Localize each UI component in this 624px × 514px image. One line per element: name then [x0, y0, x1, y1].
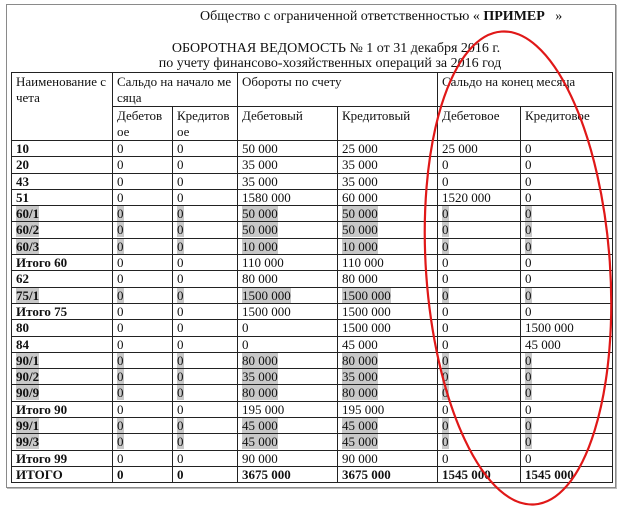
closing-credit-cell: 0	[521, 369, 613, 385]
opening-debit-cell: 0	[113, 206, 173, 222]
turnover-debit-cell: 80 000	[238, 352, 338, 368]
closing-debit-value: 0	[442, 402, 449, 417]
table-row: 8400045 000045 000	[12, 336, 613, 352]
opening-credit-cell: 0	[173, 238, 238, 254]
turnover-debit-value: 1500 000	[242, 288, 291, 303]
turnover-debit-cell: 1580 000	[238, 189, 338, 205]
opening-credit-value: 0	[177, 418, 184, 433]
turnover-credit-value: 50 000	[342, 206, 378, 221]
opening-debit-value: 0	[117, 206, 124, 221]
account-cell: Итого 99	[12, 450, 113, 466]
closing-debit-cell: 0	[438, 303, 521, 319]
turnover-debit-value: 50 000	[242, 206, 278, 221]
turnover-credit-value: 1500 000	[342, 320, 391, 335]
closing-credit-cell: 0	[521, 141, 613, 157]
closing-credit-value: 0	[525, 418, 532, 433]
closing-debit-cell: 0	[438, 238, 521, 254]
closing-credit-value: 0	[525, 141, 532, 156]
opening-credit-value: 0	[177, 255, 184, 270]
closing-credit-cell: 1545 000	[521, 466, 613, 482]
account-cell: 99/1	[12, 418, 113, 434]
account-value: 99/1	[16, 418, 39, 433]
opening-debit-cell: 0	[113, 418, 173, 434]
account-cell: Итого 90	[12, 401, 113, 417]
account-cell: 51	[12, 189, 113, 205]
table-row: Итого 6000110 000110 00000	[12, 255, 613, 271]
turnover-credit-cell: 1500 000	[338, 303, 438, 319]
table-row: 51001580 00060 0001520 0000	[12, 189, 613, 205]
account-value: 60/1	[16, 206, 39, 221]
opening-debit-value: 0	[117, 402, 124, 417]
turnover-credit-value: 35 000	[342, 369, 378, 384]
closing-debit-cell: 0	[438, 157, 521, 173]
closing-debit-value: 0	[442, 222, 449, 237]
closing-debit-value: 0	[442, 451, 449, 466]
turnover-debit-value: 35 000	[242, 157, 278, 172]
turnover-credit-value: 35 000	[342, 174, 378, 189]
turnover-credit-value: 1500 000	[342, 288, 391, 303]
turnover-debit-cell: 195 000	[238, 401, 338, 417]
turnover-debit-value: 1580 000	[242, 190, 291, 205]
opening-credit-value: 0	[177, 141, 184, 156]
turnover-debit-value: 50 000	[242, 141, 278, 156]
closing-credit-cell: 0	[521, 222, 613, 238]
turnover-debit-cell: 3675 000	[238, 466, 338, 482]
opening-credit-cell: 0	[173, 206, 238, 222]
turnover-debit-cell: 80 000	[238, 385, 338, 401]
account-cell: 80	[12, 320, 113, 336]
opening-credit-cell: 0	[173, 352, 238, 368]
table-row: 75/1001500 0001500 00000	[12, 287, 613, 303]
account-value: 75/1	[16, 288, 39, 303]
opening-debit-cell: 0	[113, 157, 173, 173]
turnover-credit-value: 25 000	[342, 141, 378, 156]
table-row: 430035 00035 00000	[12, 173, 613, 189]
table-row: 90/10080 00080 00000	[12, 352, 613, 368]
opening-debit-value: 0	[117, 451, 124, 466]
opening-credit-cell: 0	[173, 255, 238, 271]
opening-debit-cell: 0	[113, 173, 173, 189]
closing-debit-value: 0	[442, 418, 449, 433]
closing-debit-cell: 1520 000	[438, 189, 521, 205]
closing-debit-value: 0	[442, 271, 449, 286]
closing-debit-value: 0	[442, 206, 449, 221]
account-value: 90/2	[16, 369, 39, 384]
table-row: Итого 75001500 0001500 00000	[12, 303, 613, 319]
opening-debit-cell: 0	[113, 141, 173, 157]
account-cell: Итого 60	[12, 255, 113, 271]
account-cell: 20	[12, 157, 113, 173]
closing-credit-cell: 0	[521, 189, 613, 205]
closing-credit-value: 0	[525, 434, 532, 449]
opening-debit-cell: 0	[113, 385, 173, 401]
opening-debit-cell: 0	[113, 189, 173, 205]
closing-credit-cell: 0	[521, 287, 613, 303]
opening-credit-cell: 0	[173, 385, 238, 401]
turnover-credit-value: 90 000	[342, 451, 378, 466]
turnover-credit-cell: 10 000	[338, 238, 438, 254]
turnover-debit-value: 80 000	[242, 385, 278, 400]
opening-debit-cell: 0	[113, 336, 173, 352]
opening-debit-value: 0	[117, 385, 124, 400]
account-value: 90/9	[16, 385, 39, 400]
turnover-debit-cell: 10 000	[238, 238, 338, 254]
closing-credit-cell: 0	[521, 385, 613, 401]
turnover-credit-cell: 195 000	[338, 401, 438, 417]
closing-debit-cell: 0	[438, 271, 521, 287]
closing-debit-value: 0	[442, 369, 449, 384]
closing-debit-cell: 0	[438, 352, 521, 368]
closing-credit-value: 0	[525, 451, 532, 466]
closing-credit-cell: 0	[521, 418, 613, 434]
turnover-credit-cell: 45 000	[338, 434, 438, 450]
closing-credit-value: 1500 000	[525, 320, 574, 335]
turnover-credit-value: 80 000	[342, 353, 378, 368]
account-cell: 60/2	[12, 222, 113, 238]
opening-debit-value: 0	[117, 369, 124, 384]
turnover-credit-value: 35 000	[342, 157, 378, 172]
account-cell: 90/9	[12, 385, 113, 401]
opening-debit-cell: 0	[113, 320, 173, 336]
account-cell: 90/1	[12, 352, 113, 368]
account-value: 43	[16, 174, 29, 189]
closing-credit-value: 0	[525, 271, 532, 286]
table-row: Итого 990090 00090 00000	[12, 450, 613, 466]
closing-debit-value: 0	[442, 288, 449, 303]
closing-credit-value: 0	[525, 353, 532, 368]
opening-credit-cell: 0	[173, 141, 238, 157]
table-row: 90/20035 00035 00000	[12, 369, 613, 385]
closing-debit-cell: 0	[438, 434, 521, 450]
turnover-credit-cell: 35 000	[338, 173, 438, 189]
header-closing-credit: Кредитовое	[521, 107, 613, 141]
company-prefix: Общество с ограниченной ответственностью…	[200, 9, 480, 24]
closing-debit-cell: 0	[438, 450, 521, 466]
opening-debit-cell: 0	[113, 466, 173, 482]
opening-credit-cell: 0	[173, 303, 238, 319]
closing-debit-value: 25 000	[442, 141, 478, 156]
opening-debit-value: 0	[117, 190, 124, 205]
table-row: 60/20050 00050 00000	[12, 222, 613, 238]
account-cell: 90/2	[12, 369, 113, 385]
opening-debit-value: 0	[117, 288, 124, 303]
header-closing-debit: Дебетовое	[438, 107, 521, 141]
closing-credit-value: 0	[525, 206, 532, 221]
account-cell: 62	[12, 271, 113, 287]
opening-debit-value: 0	[117, 141, 124, 156]
closing-debit-value: 0	[442, 239, 449, 254]
account-cell: 75/1	[12, 287, 113, 303]
account-value: 90/1	[16, 353, 39, 368]
table-row: 99/10045 00045 00000	[12, 418, 613, 434]
table-body: 100050 00025 00025 0000200035 00035 0000…	[12, 141, 613, 483]
opening-debit-cell: 0	[113, 255, 173, 271]
turnover-credit-cell: 80 000	[338, 352, 438, 368]
turnover-credit-cell: 110 000	[338, 255, 438, 271]
account-value: Итого 60	[16, 255, 67, 270]
closing-credit-cell: 1500 000	[521, 320, 613, 336]
closing-credit-value: 1545 000	[525, 467, 574, 482]
closing-credit-value: 0	[525, 255, 532, 270]
turnover-credit-value: 1500 000	[342, 304, 391, 319]
company-suffix: »	[555, 9, 562, 24]
header-opening-credit: Кредитовое	[173, 107, 238, 141]
closing-credit-value: 0	[525, 304, 532, 319]
opening-debit-value: 0	[117, 353, 124, 368]
opening-debit-value: 0	[117, 304, 124, 319]
document-title: ОБОРОТНАЯ ВЕДОМОСТЬ № 1 от 31 декабря 20…	[24, 41, 624, 57]
account-cell: 43	[12, 173, 113, 189]
turnover-credit-value: 45 000	[342, 434, 378, 449]
turnover-debit-cell: 50 000	[238, 222, 338, 238]
turnover-debit-value: 35 000	[242, 369, 278, 384]
closing-debit-cell: 0	[438, 385, 521, 401]
turnover-credit-cell: 25 000	[338, 141, 438, 157]
closing-debit-cell: 0	[438, 401, 521, 417]
opening-credit-value: 0	[177, 271, 184, 286]
closing-debit-value: 0	[442, 353, 449, 368]
opening-credit-cell: 0	[173, 222, 238, 238]
turnover-debit-value: 80 000	[242, 271, 278, 286]
turnover-credit-cell: 35 000	[338, 157, 438, 173]
turnover-credit-value: 10 000	[342, 239, 378, 254]
turnover-credit-cell: 50 000	[338, 222, 438, 238]
turnover-debit-cell: 35 000	[238, 369, 338, 385]
account-value: 60/2	[16, 222, 39, 237]
opening-debit-value: 0	[117, 320, 124, 335]
turnover-credit-cell: 80 000	[338, 271, 438, 287]
turnover-debit-cell: 45 000	[238, 434, 338, 450]
closing-credit-cell: 45 000	[521, 336, 613, 352]
opening-debit-cell: 0	[113, 434, 173, 450]
turnover-debit-cell: 90 000	[238, 450, 338, 466]
closing-credit-cell: 0	[521, 450, 613, 466]
opening-credit-value: 0	[177, 353, 184, 368]
turnover-debit-cell: 0	[238, 336, 338, 352]
opening-debit-value: 0	[117, 434, 124, 449]
closing-debit-value: 0	[442, 320, 449, 335]
turnover-debit-value: 35 000	[242, 174, 278, 189]
turnover-credit-value: 80 000	[342, 271, 378, 286]
table-row: 100050 00025 00025 0000	[12, 141, 613, 157]
opening-credit-value: 0	[177, 206, 184, 221]
opening-credit-value: 0	[177, 157, 184, 172]
opening-credit-value: 0	[177, 385, 184, 400]
table-row: 60/30010 00010 00000	[12, 238, 613, 254]
turnover-debit-cell: 35 000	[238, 157, 338, 173]
opening-debit-cell: 0	[113, 303, 173, 319]
turnover-debit-value: 50 000	[242, 222, 278, 237]
account-cell: 10	[12, 141, 113, 157]
opening-credit-cell: 0	[173, 271, 238, 287]
closing-debit-cell: 0	[438, 222, 521, 238]
opening-debit-value: 0	[117, 174, 124, 189]
closing-credit-value: 0	[525, 239, 532, 254]
turnover-credit-value: 45 000	[342, 337, 378, 352]
turnover-debit-cell: 45 000	[238, 418, 338, 434]
opening-credit-value: 0	[177, 337, 184, 352]
turnover-debit-value: 110 000	[242, 255, 284, 270]
opening-credit-cell: 0	[173, 369, 238, 385]
turnover-debit-value: 0	[242, 337, 249, 352]
header-account-name: Наименование счета	[12, 73, 113, 141]
turnover-debit-value: 45 000	[242, 434, 278, 449]
opening-debit-value: 0	[117, 157, 124, 172]
opening-debit-cell: 0	[113, 369, 173, 385]
closing-debit-cell: 1545 000	[438, 466, 521, 482]
opening-credit-value: 0	[177, 222, 184, 237]
turnover-credit-cell: 35 000	[338, 369, 438, 385]
opening-credit-value: 0	[177, 434, 184, 449]
turnover-debit-value: 80 000	[242, 353, 278, 368]
closing-credit-cell: 0	[521, 238, 613, 254]
closing-debit-cell: 0	[438, 255, 521, 271]
opening-credit-value: 0	[177, 288, 184, 303]
opening-credit-value: 0	[177, 369, 184, 384]
closing-debit-value: 0	[442, 157, 449, 172]
turnover-credit-cell: 1500 000	[338, 287, 438, 303]
turnover-credit-value: 45 000	[342, 418, 378, 433]
closing-credit-value: 0	[525, 157, 532, 172]
closing-credit-cell: 0	[521, 401, 613, 417]
opening-credit-cell: 0	[173, 401, 238, 417]
account-cell: 60/1	[12, 206, 113, 222]
account-value: 62	[16, 271, 29, 286]
closing-debit-cell: 0	[438, 418, 521, 434]
header-turnover-debit: Дебетовый	[238, 107, 338, 141]
header-closing-balance: Сальдо на конец месяца	[438, 73, 613, 107]
closing-credit-cell: 0	[521, 173, 613, 189]
turnover-sheet-table: Наименование счета Сальдо на начало меся…	[11, 72, 613, 483]
opening-debit-value: 0	[117, 255, 124, 270]
opening-debit-cell: 0	[113, 287, 173, 303]
opening-debit-cell: 0	[113, 222, 173, 238]
turnover-debit-cell: 50 000	[238, 141, 338, 157]
account-value: ИТОГО	[16, 467, 63, 482]
turnover-credit-value: 60 000	[342, 190, 378, 205]
turnover-credit-cell: 60 000	[338, 189, 438, 205]
closing-credit-cell: 0	[521, 352, 613, 368]
opening-debit-value: 0	[117, 239, 124, 254]
account-value: Итого 90	[16, 402, 67, 417]
closing-debit-value: 0	[442, 385, 449, 400]
turnover-credit-value: 50 000	[342, 222, 378, 237]
opening-credit-cell: 0	[173, 189, 238, 205]
turnover-debit-value: 195 000	[242, 402, 284, 417]
closing-debit-cell: 0	[438, 287, 521, 303]
closing-credit-value: 0	[525, 174, 532, 189]
closing-debit-value: 0	[442, 304, 449, 319]
turnover-debit-value: 10 000	[242, 239, 278, 254]
closing-debit-value: 1545 000	[442, 467, 491, 482]
closing-debit-cell: 25 000	[438, 141, 521, 157]
opening-debit-value: 0	[117, 467, 124, 482]
turnover-credit-value: 110 000	[342, 255, 384, 270]
turnover-debit-cell: 1500 000	[238, 303, 338, 319]
table-row: 99/30045 00045 00000	[12, 434, 613, 450]
table-row: 620080 00080 00000	[12, 271, 613, 287]
turnover-credit-value: 80 000	[342, 385, 378, 400]
account-cell: Итого 75	[12, 303, 113, 319]
closing-debit-cell: 0	[438, 173, 521, 189]
turnover-credit-cell: 80 000	[338, 385, 438, 401]
opening-credit-value: 0	[177, 451, 184, 466]
opening-debit-cell: 0	[113, 401, 173, 417]
opening-credit-value: 0	[177, 174, 184, 189]
turnover-credit-cell: 1500 000	[338, 320, 438, 336]
turnover-credit-cell: 50 000	[338, 206, 438, 222]
closing-credit-value: 0	[525, 222, 532, 237]
turnover-debit-cell: 0	[238, 320, 338, 336]
document-subtitle: по учету финансово-хозяйственных операци…	[18, 56, 624, 72]
account-value: Итого 99	[16, 451, 67, 466]
closing-credit-value: 0	[525, 190, 532, 205]
closing-credit-cell: 0	[521, 434, 613, 450]
opening-credit-cell: 0	[173, 336, 238, 352]
opening-credit-cell: 0	[173, 320, 238, 336]
closing-debit-cell: 0	[438, 206, 521, 222]
table-row-total: ИТОГО003675 0003675 0001545 0001545 000	[12, 466, 613, 482]
account-value: 60/3	[16, 239, 39, 254]
header-turnover: Обороты по счету	[238, 73, 438, 107]
turnover-debit-value: 90 000	[242, 451, 278, 466]
opening-credit-value: 0	[177, 320, 184, 335]
company-heading: Общество с ограниченной ответственностью…	[200, 9, 562, 25]
closing-credit-cell: 0	[521, 303, 613, 319]
closing-debit-value: 0	[442, 434, 449, 449]
company-name: ПРИМЕР	[483, 9, 544, 24]
closing-credit-value: 0	[525, 402, 532, 417]
account-value: Итого 75	[16, 304, 67, 319]
closing-credit-cell: 0	[521, 157, 613, 173]
turnover-debit-cell: 1500 000	[238, 287, 338, 303]
opening-credit-value: 0	[177, 304, 184, 319]
closing-credit-cell: 0	[521, 206, 613, 222]
turnover-debit-cell: 35 000	[238, 173, 338, 189]
turnover-debit-cell: 80 000	[238, 271, 338, 287]
closing-credit-value: 0	[525, 288, 532, 303]
closing-credit-value: 0	[525, 369, 532, 384]
opening-credit-value: 0	[177, 402, 184, 417]
closing-credit-cell: 0	[521, 271, 613, 287]
opening-debit-value: 0	[117, 337, 124, 352]
opening-credit-cell: 0	[173, 434, 238, 450]
opening-credit-cell: 0	[173, 173, 238, 189]
table-row: Итого 9000195 000195 00000	[12, 401, 613, 417]
header-turnover-credit: Кредитовый	[338, 107, 438, 141]
account-value: 20	[16, 157, 29, 172]
opening-debit-value: 0	[117, 418, 124, 433]
turnover-credit-cell: 45 000	[338, 418, 438, 434]
account-value: 80	[16, 320, 29, 335]
closing-credit-value: 0	[525, 385, 532, 400]
opening-credit-cell: 0	[173, 287, 238, 303]
closing-debit-cell: 0	[438, 336, 521, 352]
header-opening-debit: Дебетовое	[113, 107, 173, 141]
closing-debit-value: 0	[442, 174, 449, 189]
account-cell: 84	[12, 336, 113, 352]
opening-debit-value: 0	[117, 271, 124, 286]
table-row: 60/10050 00050 00000	[12, 206, 613, 222]
opening-debit-cell: 0	[113, 238, 173, 254]
closing-debit-value: 0	[442, 255, 449, 270]
account-value: 84	[16, 337, 29, 352]
turnover-debit-value: 0	[242, 320, 249, 335]
turnover-credit-cell: 45 000	[338, 336, 438, 352]
account-cell: 60/3	[12, 238, 113, 254]
closing-credit-cell: 0	[521, 255, 613, 271]
account-cell: 99/3	[12, 434, 113, 450]
